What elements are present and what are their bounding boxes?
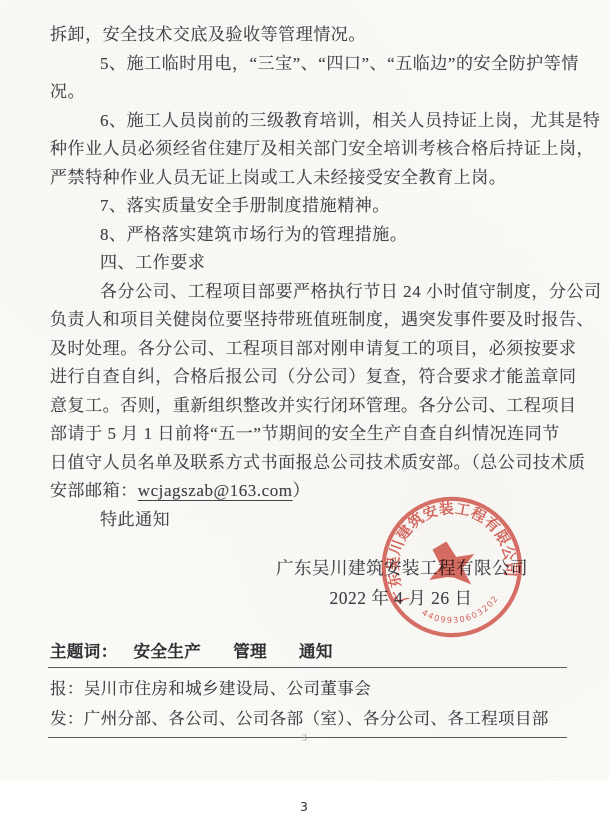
official-red-seal: 广东吴川建筑安装工程有限公司 4409930603202 — [359, 475, 544, 660]
body-line: 进行自查自纠，合格后报公司（分公司）复查，符合要求才能盖章同 — [50, 363, 571, 392]
report-label: 报： — [50, 679, 84, 698]
body-line: 5、施工临时用电，“三宝”、“四口”、“五临边”的安全防护等情 — [50, 50, 571, 79]
distribution-label: 发： — [50, 709, 84, 728]
page-number-on-scan: 3 — [302, 733, 307, 744]
report-recipients: 吴川市住房和城乡建设局、公司董事会 — [84, 679, 371, 698]
page-number: 3 — [300, 799, 308, 814]
body-line: 8、严格落实建筑市场行为的管理措施。 — [50, 221, 571, 250]
body-line: 况。 — [50, 78, 571, 107]
body-line: 各分公司、工程项目部要严格执行节日 24 小时值守制度，分公司 — [50, 278, 571, 307]
body-line: 部请于 5 月 1 日前将“五一”节期间的安全生产自查自纠情况连同节 — [50, 420, 571, 449]
distribution-row: 发：广州分部、各公司、公司各部（室）、各分公司、各工程项目部 — [48, 702, 567, 738]
seal-star-icon — [422, 536, 480, 592]
svg-text:4409930603202: 4409930603202 — [419, 592, 504, 633]
body-line: 种作业人员必须经省住建厅及相关部门安全培训考核合格后持证上岗， — [50, 135, 571, 164]
keywords-row: 主题词：安全生产管理通知 — [48, 636, 567, 668]
body-line: 意复工。否则，重新组织整改并实行闭环管理。各分公司、工程项目 — [50, 392, 571, 421]
keyword-item: 管理 — [233, 642, 267, 661]
keyword-item: 通知 — [299, 642, 333, 661]
body-line: 日值守人员名单及联系方式书面报总公司技术质安部。（总公司技术质 — [50, 449, 571, 478]
body-line: 负责人和项目关健岗位要坚持带班值班制度，遇突发事件要及时报告、 — [50, 306, 571, 335]
body-line: 严禁特种作业人员无证上岗或工人未经接受安全教育上岗。 — [50, 164, 571, 193]
body-line: 拆卸，安全技术交底及验收等管理情况。 — [50, 21, 571, 50]
notice-body: 拆卸，安全技术交底及验收等管理情况。 5、施工临时用电，“三宝”、“四口”、“五… — [50, 21, 571, 534]
section-heading-work-requirements: 四、工作要求 — [50, 249, 571, 278]
report-to-row: 报：吴川市住房和城乡建设局、公司董事会 — [48, 668, 567, 702]
email-line-suffix: ） — [293, 481, 311, 500]
body-line: 6、施工人员岗前的三级教育培训，相关人员持证上岗，尤其是特 — [50, 107, 571, 136]
scanned-notice-page: 拆卸，安全技术交底及验收等管理情况。 5、施工临时用电，“三宝”、“四口”、“五… — [0, 0, 609, 781]
document-page: 拆卸，安全技术交底及验收等管理情况。 5、施工临时用电，“三宝”、“四口”、“五… — [0, 0, 609, 824]
keywords-label: 主题词： — [50, 642, 118, 661]
email-line-prefix: 安部邮箱： — [50, 481, 138, 500]
body-line: 及时处理。各分公司、工程项目部对刚申请复工的项目，必须按要求 — [50, 335, 571, 364]
seal-serial-number: 4409930603202 — [419, 592, 504, 633]
keyword-item: 安全生产 — [134, 642, 202, 661]
contact-email: wcjagszab@163.com — [138, 481, 293, 500]
document-footer: 主题词：安全生产管理通知 报：吴川市住房和城乡建设局、公司董事会 发：广州分部、… — [48, 636, 567, 738]
body-line: 7、落实质量安全手册制度措施精神。 — [50, 192, 571, 221]
distribution-recipients: 广州分部、各公司、公司各部（室）、各分公司、各工程项目部 — [84, 709, 549, 728]
